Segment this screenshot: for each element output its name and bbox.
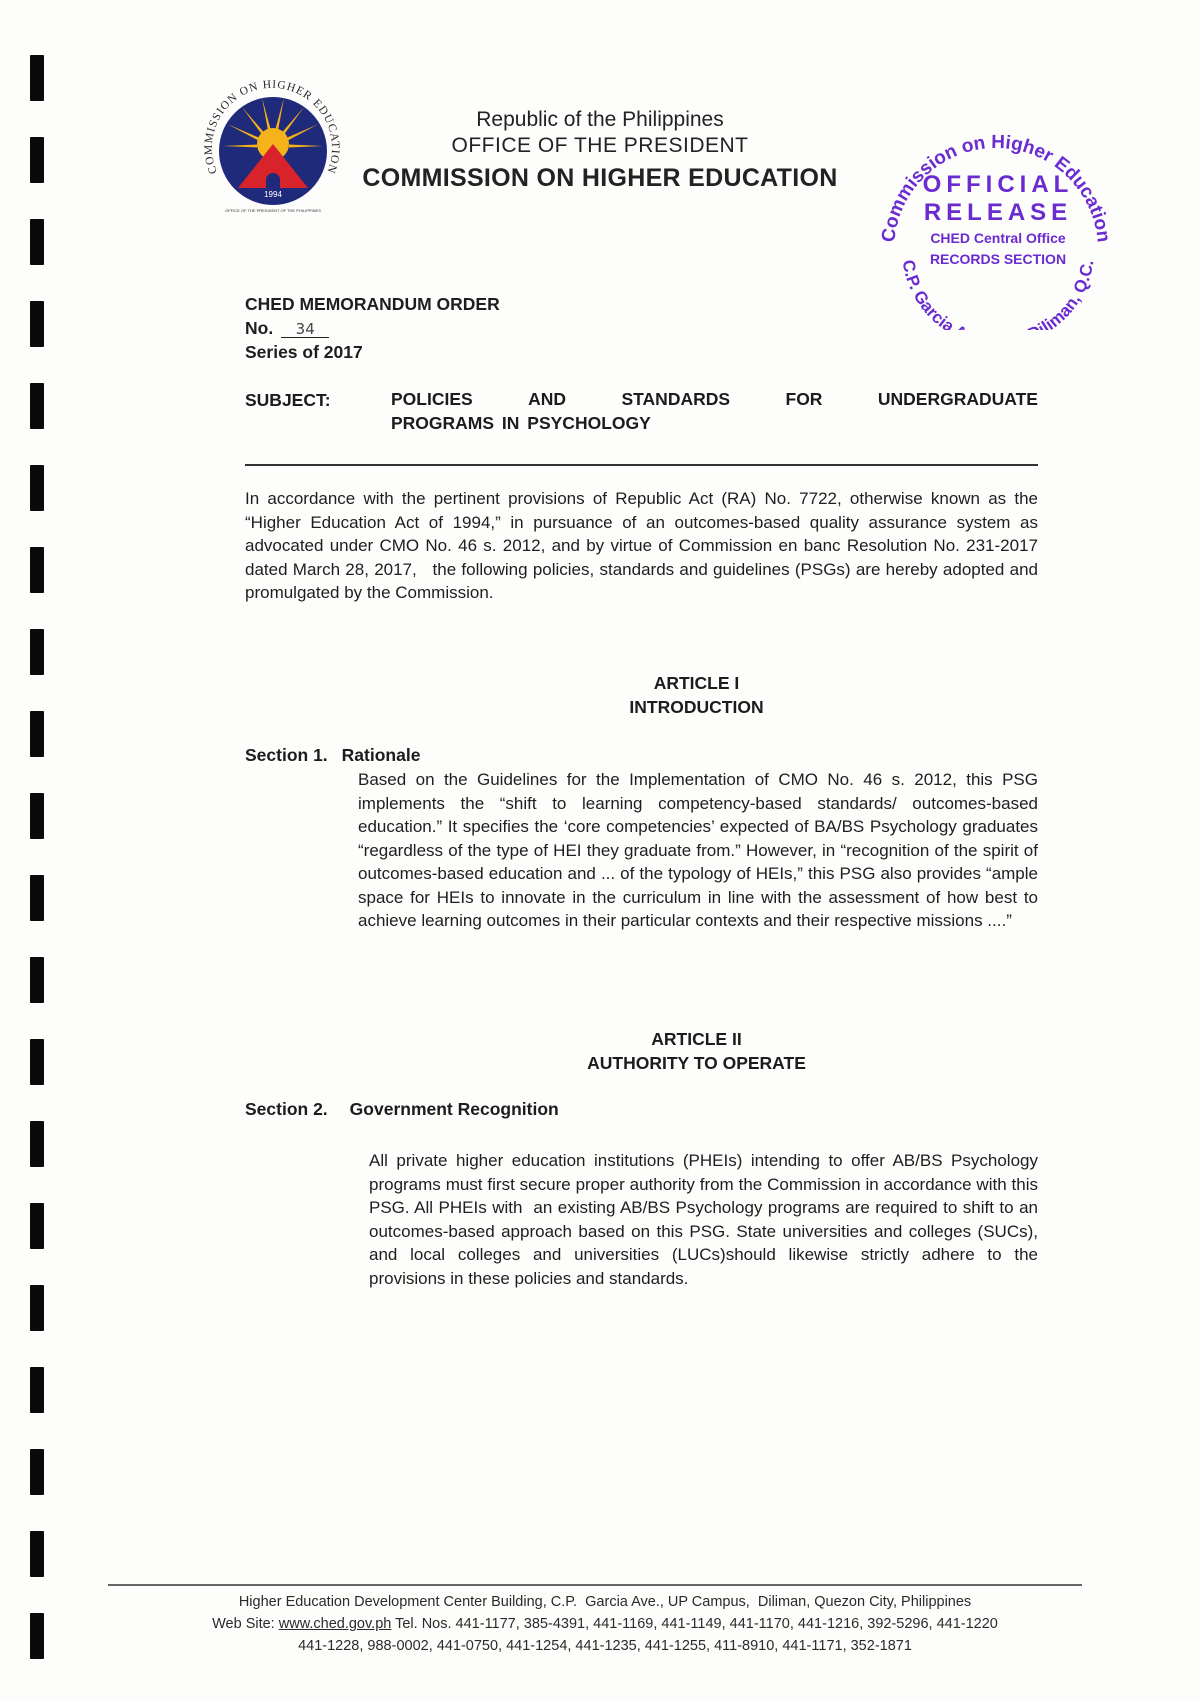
section-1-title: Rationale — [342, 745, 421, 765]
binder-hole — [30, 465, 44, 511]
binder-hole — [30, 1039, 44, 1085]
svg-text:RECORDS SECTION: RECORDS SECTION — [930, 251, 1066, 267]
memo-number-value: 34 — [281, 321, 329, 338]
binder-hole — [30, 1449, 44, 1495]
article-2-label: ARTICLE II — [300, 1029, 1093, 1050]
svg-text:C.P. Garcia Ave., U.P. Diliman: C.P. Garcia Ave., U.P. Diliman, Q.C. — [899, 258, 1098, 330]
binder-hole — [30, 55, 44, 101]
memo-series: Series of 2017 — [245, 342, 363, 363]
footer-web-link[interactable]: www.ched.gov.ph — [279, 1616, 392, 1632]
intro-paragraph: In accordance with the pertinent provisi… — [245, 487, 1038, 605]
subject-word: STANDARDS — [621, 387, 730, 411]
header-office: OFFICE OF THE PRESIDENT — [340, 134, 860, 158]
divider — [245, 464, 1038, 466]
subject-word: AND — [528, 387, 566, 411]
footer-tel-1: Tel. Nos. 441-1177, 385-4391, 441-1169, … — [395, 1616, 998, 1632]
section-2-heading: Section 2.Government Recognition — [245, 1099, 559, 1120]
footer-address: Higher Education Development Center Buil… — [90, 1594, 1120, 1610]
article-1-label: ARTICLE I — [300, 673, 1093, 694]
section-1-body: Based on the Guidelines for the Implemen… — [358, 768, 1038, 933]
binder-hole — [30, 383, 44, 429]
binder-hole — [30, 1531, 44, 1577]
section-2-number: Section 2. — [245, 1099, 328, 1119]
footer-contact: Web Site: www.ched.gov.ph Tel. Nos. 441-… — [90, 1616, 1120, 1632]
binder-hole — [30, 547, 44, 593]
section-1-number: Section 1. — [245, 745, 328, 765]
memo-number-label: No. — [245, 318, 273, 338]
binder-hole — [30, 1121, 44, 1167]
memo-number: No.34 — [245, 318, 329, 339]
footer-tel-2: 441-1228, 988-0002, 441-0750, 441-1254, … — [90, 1638, 1120, 1654]
svg-text:OFFICE OF THE PRESIDENT OF THE: OFFICE OF THE PRESIDENT OF THE PHILIPPIN… — [225, 208, 321, 213]
section-2-title: Government Recognition — [350, 1099, 559, 1119]
ched-seal-logo: 1994 COMMISSION ON HIGHER EDUCATION OFFI… — [198, 76, 348, 226]
article-2-title: AUTHORITY TO OPERATE — [300, 1053, 1093, 1074]
subject-word: FOR — [786, 387, 823, 411]
svg-text:CHED Central Office: CHED Central Office — [930, 230, 1066, 246]
section-1-heading: Section 1.Rationale — [245, 745, 420, 766]
binder-hole — [30, 219, 44, 265]
subject-label: SUBJECT: — [245, 390, 331, 411]
binder-hole — [30, 629, 44, 675]
binder-hole — [30, 711, 44, 757]
svg-text:OFFICIAL: OFFICIAL — [923, 171, 1074, 198]
subject-line-1: POLICIESANDSTANDARDSFORUNDERGRADUATE — [391, 387, 1038, 411]
subject-word: UNDERGRADUATE — [878, 387, 1038, 411]
svg-text:1994: 1994 — [264, 190, 282, 199]
binder-hole — [30, 1285, 44, 1331]
binder-hole — [30, 793, 44, 839]
official-release-stamp: Commission on Higher Education C.P. Garc… — [872, 100, 1122, 330]
svg-text:RELEASE: RELEASE — [924, 199, 1072, 226]
binder-hole — [30, 1613, 44, 1659]
header-commission: COMMISSION ON HIGHER EDUCATION — [340, 164, 860, 193]
header-republic: Republic of the Philippines — [340, 108, 860, 132]
subject-text: POLICIESANDSTANDARDSFORUNDERGRADUATE PRO… — [391, 387, 1038, 435]
footer-web-label: Web Site: — [212, 1616, 275, 1632]
binder-hole — [30, 957, 44, 1003]
section-2-body: All private higher education institution… — [369, 1149, 1038, 1290]
footer-divider — [108, 1584, 1082, 1586]
binder-hole — [30, 301, 44, 347]
binder-hole — [30, 1203, 44, 1249]
memo-order-title: CHED MEMORANDUM ORDER — [245, 294, 500, 315]
subject-word: POLICIES — [391, 387, 473, 411]
binder-hole — [30, 137, 44, 183]
binder-hole — [30, 1367, 44, 1413]
subject-line-2: PROGRAMS IN PSYCHOLOGY — [391, 411, 1038, 435]
article-1-title: INTRODUCTION — [300, 697, 1093, 718]
binder-hole — [30, 875, 44, 921]
